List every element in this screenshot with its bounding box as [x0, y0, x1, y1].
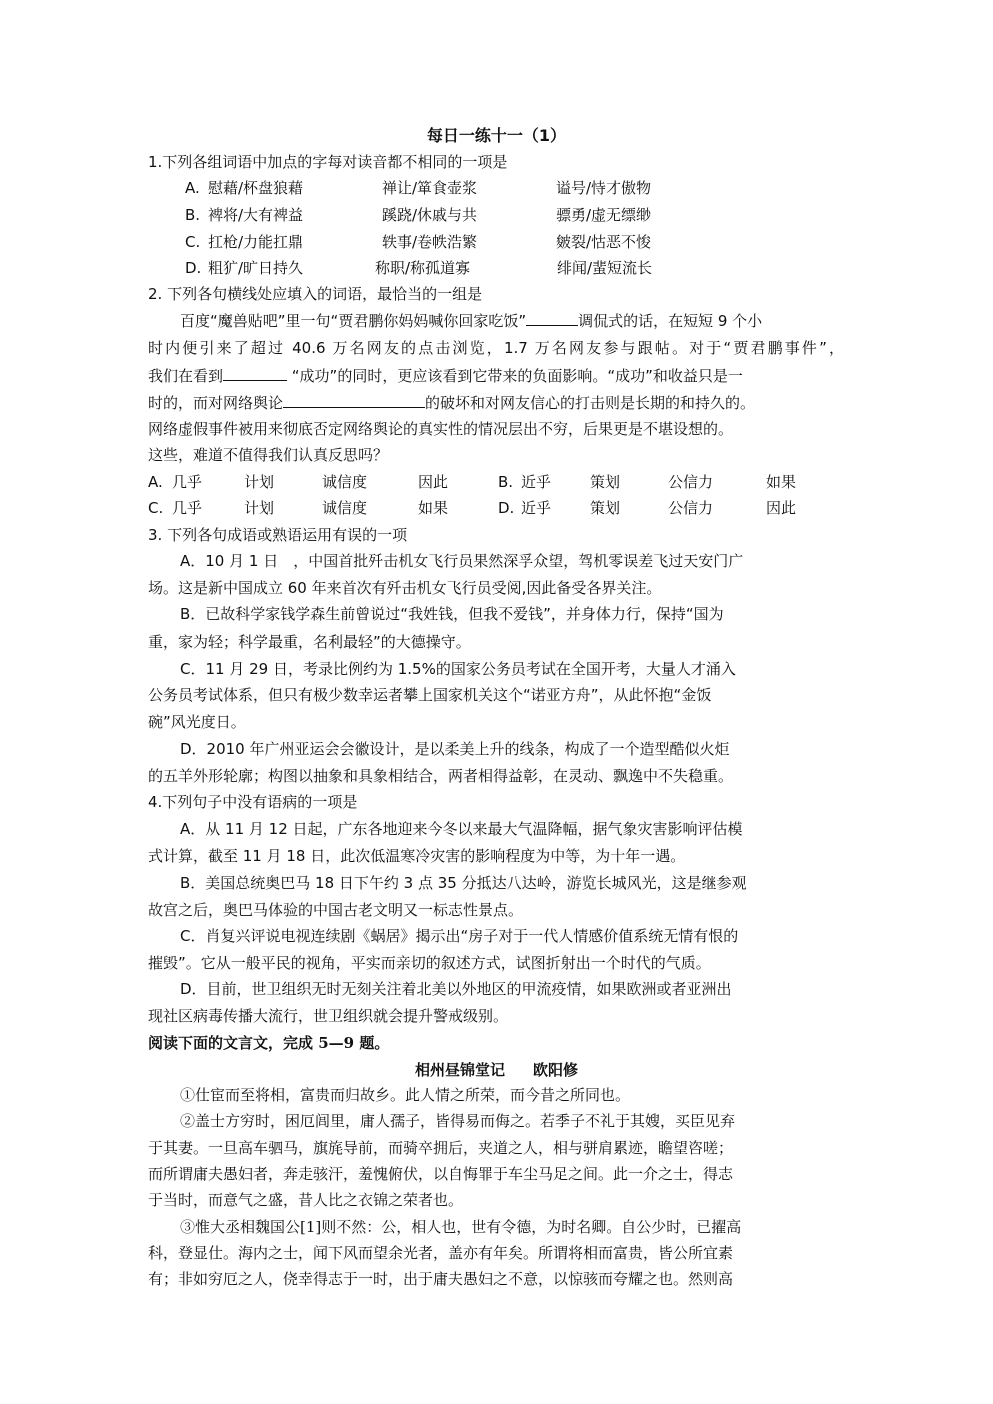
option-word-3: 诚信度: [322, 472, 367, 492]
q2-passage-line-1: 百度“魔兽贴吧”里一句“贾君鹏你妈妈喊你回家吃饭”调侃式的话，在短短 9 个小: [180, 310, 762, 331]
passage-text: 调侃式的话，在短短 9 个小: [578, 312, 762, 330]
reading-title: 相州昼锦堂记: [415, 1061, 505, 1079]
reading-paragraph-2-line-2: 于其妻。一旦高车驷马，旗旄导前，而骑卒拥后，夹道之人，相与骈肩累迹，瞻望咨嗟；: [148, 1138, 844, 1158]
q3-option-c-line-1: C．11 月 29 日，考录比例约为 1.5%的国家公务员考试在全国开考，大量人…: [180, 659, 736, 679]
reading-paragraph-2-line-4: 于当时，而意气之盛，昔人比之衣锦之荣者也。: [148, 1190, 844, 1210]
passage-text: 我们在看到: [148, 367, 223, 385]
option-pair-2: 禅让/箪食壶浆: [382, 178, 477, 198]
q3-option-d-line-2: 的五羊外形轮廓；构图以抽象和具象相结合，两者相得益彰，在灵动、飘逸中不失稳重。: [148, 766, 844, 786]
option-word-4: 如果: [418, 498, 448, 518]
option-pair-2: 蹊跷/休戚与共: [382, 205, 477, 225]
option-pair-1: 扛枪/力能扛鼎: [208, 232, 303, 252]
q3-option-a-line-1: A．10 月 1 日 ，中国首批歼击机女飞行员果然深孚众望，驾机零误差飞过天安门…: [180, 551, 743, 571]
option-pair-3: 骠勇/虚无缥缈: [556, 205, 651, 225]
reading-paragraph-3-line-1: ③惟大丞相魏国公[1]则不然：公，相人也，世有令德，为时名卿。自公少时，已擢高: [180, 1217, 741, 1237]
passage-text: 百度“魔兽贴吧”里一句“贾君鹏你妈妈喊你回家吃饭”: [180, 312, 526, 330]
q2-passage-line-6: 这些，难道不值得我们认真反思吗？: [148, 445, 844, 465]
q2-passage-line-4: 时的，而对网络舆论的破坏和对网友信心的打击则是长期的和持久的。: [148, 392, 844, 413]
q4-option-c-line-2: 摧毁”。它从一般平民的视角，平实而亲切的叙述方式，试图折射出一个时代的气质。: [148, 953, 844, 973]
option-label: A.: [148, 472, 163, 492]
option-pair-1: 粗犷/旷日持久: [208, 258, 303, 278]
passage-text: 时的，而对网络舆论: [148, 394, 283, 412]
option-word-2: 策划: [590, 472, 620, 492]
option-label: A.: [185, 178, 200, 198]
option-word-2: 策划: [590, 498, 620, 518]
option-label: B.: [498, 472, 513, 492]
q3-option-a-line-2: 场。这是新中国成立 60 年来首次有歼击机女飞行员受阅,因此备受各界关注。: [148, 578, 844, 598]
q4-option-a-line-1: A．从 11 月 12 日起，广东各地迎来今冬以来最大气温降幅，据气象灾害影响评…: [180, 819, 743, 839]
option-word-4: 因此: [766, 498, 796, 518]
fill-blank-3: [283, 392, 425, 408]
option-word-2: 计划: [244, 498, 274, 518]
option-word-4: 如果: [766, 472, 796, 492]
option-pair-1: 裨将/大有裨益: [208, 205, 303, 225]
q4-option-b-line-2: 故宫之后，奥巴马体验的中国古老文明又一标志性景点。: [148, 900, 844, 920]
option-word-3: 诚信度: [322, 498, 367, 518]
option-word-1: 近乎: [521, 472, 551, 492]
reading-author: 欧阳修: [533, 1061, 578, 1079]
question-4-stem: 4.下列句子中没有语病的一项是: [148, 792, 844, 812]
option-word-1: 近乎: [521, 498, 551, 518]
option-word-3: 公信力: [668, 498, 713, 518]
q3-option-c-line-2: 公务员考试体系，但只有极少数幸运者攀上国家机关这个“诺亚方舟”，从此怀抱“金饭: [148, 685, 844, 705]
reading-heading: 相州昼锦堂记欧阳修: [0, 1060, 993, 1080]
option-label: D.: [498, 498, 514, 518]
question-3-stem: 3. 下列各句成语或熟语运用有误的一项: [148, 525, 844, 545]
q3-option-c-line-3: 碗”风光度日。: [148, 712, 844, 732]
passage-text: 的破坏和对网友信心的打击则是长期的和持久的。: [425, 394, 755, 412]
fill-blank-2: [223, 365, 287, 381]
reading-paragraph-2-line-1: ②盖士方穷时，困厄闾里，庸人孺子，皆得易而侮之。若季子不礼于其嫂，买臣见弃: [180, 1111, 735, 1131]
q4-option-a-line-2: 式计算，截至 11 月 18 日，此次低温寒冷灾害的影响程度为中等，为十年一遇。: [148, 846, 844, 866]
option-pair-2: 轶事/卷帙浩繁: [382, 232, 477, 252]
question-2-stem: 2. 下列各句横线处应填入的词语，最恰当的一组是: [148, 284, 844, 304]
option-pair-1: 慰藉/杯盘狼藉: [208, 178, 303, 198]
reading-paragraph-2-line-3: 而所谓庸夫愚妇者，奔走骇汗，羞愧俯伏，以自悔罪于车尘马足之间。此一介之士，得志: [148, 1164, 844, 1184]
q3-option-b-line-1: B．已故科学家钱学森生前曾说过“我姓钱，但我不爱钱”，并身体力行，保持“国为: [180, 604, 724, 624]
document-page: 每日一练十一（1） 1.下列各组词语中加点的字每对读音都不相同的一项是 A. 慰…: [0, 0, 993, 1404]
page-title: 每日一练十一（1）: [0, 126, 993, 146]
q3-option-d-line-1: D．2010 年广州亚运会会徽设计，是以柔美上升的线条，构成了一个造型酷似火炬: [180, 739, 730, 759]
reading-paragraph-3-line-3: 有；非如穷厄之人，侥幸得志于一时，出于庸夫愚妇之不意，以惊骇而夸耀之也。然则高: [148, 1269, 844, 1289]
question-1-stem: 1.下列各组词语中加点的字每对读音都不相同的一项是: [148, 152, 844, 172]
reading-paragraph-1: ①仕宦而至将相，富贵而归故乡。此人情之所荣，而今昔之所同也。: [180, 1085, 630, 1105]
passage-text: “成功”的同时，更应该看到它带来的负面影响。“成功”和收益只是一: [287, 367, 743, 385]
option-pair-3: 绯闻/蜚短流长: [557, 258, 652, 278]
option-label: C.: [148, 498, 163, 518]
option-word-4: 因此: [418, 472, 448, 492]
q4-option-d-line-2: 现社区病毒传播大流行，世卫组织就会提升警戒级别。: [148, 1006, 844, 1026]
q2-passage-line-2: 时内便引来了超过 40.6 万名网友的点击浏览，1.7 万名网友参与跟帖。对于“…: [148, 338, 844, 358]
option-label: C.: [185, 232, 200, 252]
q2-passage-line-3: 我们在看到 “成功”的同时，更应该看到它带来的负面影响。“成功”和收益只是一: [148, 365, 844, 386]
q3-option-b-line-2: 重，家为轻；科学最重，名利最轻”的大德操守。: [148, 632, 844, 652]
reading-paragraph-3-line-2: 科，登显仕。海内之士，闻下风而望余光者，盖亦有年矣。所谓将相而富贵，皆公所宜素: [148, 1243, 844, 1263]
option-pair-3: 皴裂/怙恶不悛: [556, 232, 651, 252]
q4-option-c-line-1: C．肖复兴评说电视连续剧《蜗居》揭示出“房子对于一代人情感价值系统无情有恨的: [180, 926, 738, 946]
option-word-1: 几乎: [172, 472, 202, 492]
q2-passage-line-5: 网络虚假事件被用来彻底否定网络舆论的真实性的情况层出不穷，后果更是不堪设想的。: [148, 419, 844, 439]
option-pair-3: 谥号/恃才傲物: [556, 178, 651, 198]
q4-option-d-line-1: D．目前，世卫组织无时无刻关注着北美以外地区的甲流疫情，如果欧洲或者亚洲出: [180, 979, 732, 999]
option-label: B.: [185, 205, 200, 225]
option-word-3: 公信力: [668, 472, 713, 492]
fill-blank-1: [526, 310, 578, 326]
option-word-2: 计划: [244, 472, 274, 492]
q4-option-b-line-1: B．美国总统奥巴马 18 日下午约 3 点 35 分抵达八达岭，游览长城风光，这…: [180, 873, 747, 893]
option-word-1: 几乎: [172, 498, 202, 518]
reading-instruction: 阅读下面的文言文，完成 5—9 题。: [148, 1033, 844, 1053]
option-label: D.: [185, 258, 201, 278]
option-pair-2: 称职/称孤道寡: [375, 258, 470, 278]
